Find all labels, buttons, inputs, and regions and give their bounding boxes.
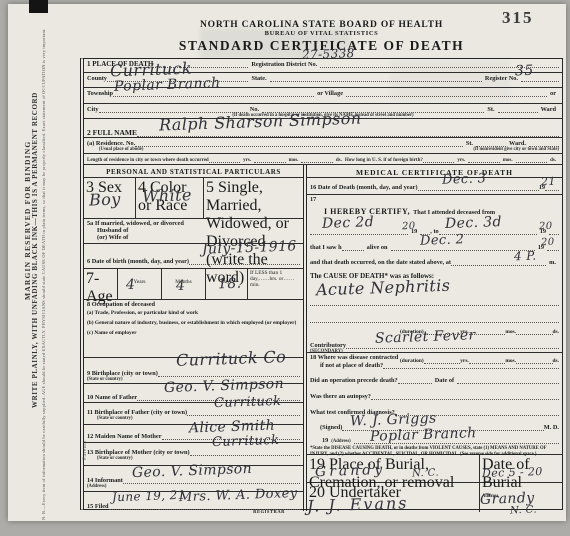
- occupation-b-label: (b) General nature of industry, business…: [87, 320, 300, 326]
- ds-label: ds.: [336, 158, 342, 163]
- if-less-cell: If LESS than 1 day,……hrs. or……min.: [248, 269, 303, 299]
- age-days-cell: Days 18.: [206, 269, 248, 299]
- death-year-value: 21: [541, 175, 556, 189]
- row-filed: 15 Filed June 19, 21 Mrs. W. A. Doxey RE…: [84, 492, 303, 513]
- mother-name-label: 12 Maiden Name of Mother: [87, 433, 162, 440]
- father-birthplace-label: 11 Birthplace of Father (city or town): [87, 409, 187, 416]
- undertaker-cell: 20 Undertaker J. J. Evans: [307, 483, 480, 512]
- mos-label: mos.: [505, 329, 516, 335]
- burial-place-cell: 19 Place of Burial, Cremation, or remova…: [307, 455, 480, 482]
- row-residence: (a) Residence. No. St. Ward. (Usual plac…: [84, 138, 562, 154]
- registration-district-label: Registration District No.: [251, 61, 317, 68]
- undertaker-value: J. J. Evans: [307, 493, 409, 516]
- age-months-cell: Months 4: [162, 269, 206, 299]
- row-length-residence: Length of residence in city or town wher…: [84, 154, 562, 165]
- age-cell: 7- Age: [84, 269, 118, 299]
- age-years-cell: Years 4: [118, 269, 162, 299]
- bureau-subtitle: BUREAU OF VITAL STATISTICS: [80, 30, 563, 37]
- mother-birthplace-label: 13 Birthplace of Mother (city or town): [87, 449, 190, 456]
- yrs-label: yrs.: [243, 158, 251, 163]
- certificate-form: 1 PLACE OF DEATH Registration District N…: [80, 58, 563, 510]
- row-burial: 19 Place of Burial, Cremation, or remova…: [307, 455, 562, 483]
- color-cell: 4 Color or Race White: [136, 178, 204, 218]
- saw-alive-year: 20: [541, 237, 555, 248]
- row-sex-color-marital: 3 Sex Boy 4 Color or Race White 5 Single…: [84, 178, 303, 219]
- attended-to-year: 20: [539, 221, 553, 232]
- township-label: Township: [87, 90, 113, 97]
- residence-ward-label: Ward.: [509, 140, 526, 147]
- row-full-name: 2 FULL NAME Ralph Sharson Simpson: [84, 119, 562, 138]
- signed-label: (Signed): [320, 424, 342, 431]
- md-label: M. D.: [544, 424, 559, 431]
- autopsy-label: Was there an autopsy?: [310, 393, 371, 400]
- address-year-printed: 19: [322, 437, 328, 444]
- registration-district-value: 27-5338: [302, 46, 355, 62]
- personal-section-title: PERSONAL AND STATISTICAL PARTICULARS: [84, 165, 303, 178]
- register-no-label: Register No.: [485, 75, 518, 82]
- state-label: State.: [251, 75, 266, 82]
- burial-state-value: N. C.: [412, 468, 439, 480]
- father-name-label: 10 Name of Father: [87, 394, 137, 401]
- date-of-birth-value: July-15-1916: [202, 238, 297, 257]
- undertaker-address-cell: Address Grandy N. C.: [480, 483, 562, 512]
- row-age: 7- Age Years 4 Months 4 Days 18.: [84, 269, 303, 300]
- address-note: (Address): [331, 439, 350, 444]
- husband-of-label: Husband of: [97, 227, 300, 234]
- village-label: or Village: [317, 90, 343, 97]
- medical-section: MEDICAL CERTIFICATE OF DEATH 16 Date of …: [307, 165, 562, 511]
- attended-from-year: 20: [402, 221, 416, 232]
- death-occurred-label: and that death occurred, on the date sta…: [310, 259, 451, 266]
- row-certification: 17 I HEREBY CERTIFY, That I attended dec…: [307, 195, 562, 353]
- abode-note: (Usual place of abode): [99, 147, 143, 152]
- saw-alive-label-b: alive on: [367, 244, 388, 251]
- row-date-of-birth: 6 Date of birth (month, day, and year) J…: [84, 244, 303, 269]
- death-certificate-scan: 315 MARGIN RESERVED FOR BINDING WRITE PL…: [0, 0, 570, 536]
- color-race-value: White: [142, 185, 192, 206]
- disease-contracted-label: 18 Where was disease contracted: [310, 354, 559, 361]
- ward-label: Ward: [541, 106, 556, 113]
- personal-section: PERSONAL AND STATISTICAL PARTICULARS 3 S…: [84, 165, 307, 511]
- medical-section-title: MEDICAL CERTIFICATE OF DEATH: [307, 165, 562, 178]
- burial-place-value: Grandy: [315, 462, 386, 480]
- state-country-note: (State or country): [97, 456, 300, 461]
- registrar-label: REGISTRAR: [253, 509, 285, 514]
- disease-contracted-label2: if not at place of death?: [320, 362, 383, 369]
- married-widowed-label: 5a If married, widowed, or divorced: [87, 220, 300, 227]
- date-of-death-label: 16 Date of Death (month, day, and year): [310, 184, 418, 191]
- binding-mark: [29, 0, 48, 13]
- contributory-label: Contributory: [310, 342, 346, 349]
- burial-date-cell: Date of Burial Dec 5 - 20: [480, 455, 562, 482]
- sex-cell: 3 Sex Boy: [84, 178, 136, 218]
- father-birthplace-value: Currituck: [214, 394, 282, 411]
- register-no-value: 35: [515, 63, 534, 80]
- filed-label: 15 Filed: [87, 503, 109, 510]
- foreign-birth-label: How long in U. S. if of foreign birth?: [345, 158, 423, 163]
- residence-label: (a) Residence. No.: [87, 140, 135, 147]
- city-label: City: [87, 106, 99, 113]
- death-time-value: 4 P.: [514, 249, 537, 264]
- filed-date-value: June 19, 21: [112, 488, 186, 505]
- row-18-questions: 18 Where was disease contracted if not a…: [307, 353, 562, 455]
- ds-label: ds.: [550, 158, 556, 163]
- m-label: m.: [549, 259, 556, 266]
- margin-ink-note: WRITE PLAINLY, WITH UNFADING BLACK INK—T…: [31, 92, 39, 408]
- marital-cell: 5 Single, Married, Widowed, or Divorced …: [204, 178, 303, 218]
- age-years-value: 4: [126, 277, 136, 293]
- ds-label: ds.: [553, 329, 559, 335]
- informant-label: 14 Informant: [87, 477, 123, 484]
- birthplace-value: Currituck Co: [176, 347, 287, 370]
- mos-label: mos.: [289, 158, 299, 163]
- full-name-label: 2 FULL NAME: [87, 128, 137, 137]
- attended-to-value: Dec. 3d: [445, 214, 502, 232]
- age-months-value: 4: [176, 278, 186, 294]
- board-title: NORTH CAROLINA STATE BOARD OF HEALTH: [80, 20, 563, 30]
- date-of-death-value: Dec. 3: [442, 171, 487, 188]
- saw-alive-value: Dec. 2: [420, 232, 465, 249]
- length-residence-label: Length of residence in city or town wher…: [87, 158, 209, 163]
- occupation-c-label: (c) Name of employer: [87, 330, 300, 336]
- operation-label: Did an operation precede death?: [310, 377, 398, 384]
- saw-alive-label-a: that I saw h: [310, 244, 342, 251]
- date-of-label: Date of: [435, 377, 454, 384]
- if-less-label: If LESS than 1 day,……hrs. or……min.: [250, 270, 294, 288]
- age-days-value: 18.: [218, 276, 242, 293]
- yrs-label: yrs.: [457, 158, 465, 163]
- occupation-label: 8 Occupation of deceased: [87, 301, 300, 308]
- birthplace-label: 9 Birthplace (city or town): [87, 370, 158, 377]
- cause-of-death-value: Acute Nephritis: [316, 276, 451, 300]
- attended-from-value: Dec 2d: [322, 214, 375, 232]
- occupation-a-label: (a) Trade, Profession, or particular kin…: [87, 310, 300, 316]
- row-date-of-death: 16 Date of Death (month, day, and year) …: [307, 178, 562, 195]
- burial-date-value: Dec 5 - 20: [482, 465, 543, 480]
- row-township: Township or Village or Poplar Branch: [84, 88, 562, 104]
- or-label: or: [550, 90, 556, 97]
- undertaker-address-state: N. C.: [510, 505, 537, 517]
- mos-label: mos.: [503, 158, 513, 163]
- margin-nb-note: N. B.—Every item of information should b…: [41, 28, 46, 520]
- nonresident-note: (If nonresident give city or town and St…: [473, 147, 559, 152]
- item-17-number: 17: [310, 196, 559, 203]
- date-of-birth-label: 6 Date of birth (month, day, and year): [87, 258, 189, 265]
- sex-value: Boy: [89, 189, 121, 209]
- row-undertaker: 20 Undertaker J. J. Evans Address Grandy…: [307, 483, 562, 512]
- residence-st-label: St.: [466, 140, 473, 147]
- mother-birthplace-value: Currituck: [212, 433, 280, 450]
- st-label: St.: [487, 106, 494, 113]
- county-label: County: [87, 75, 107, 82]
